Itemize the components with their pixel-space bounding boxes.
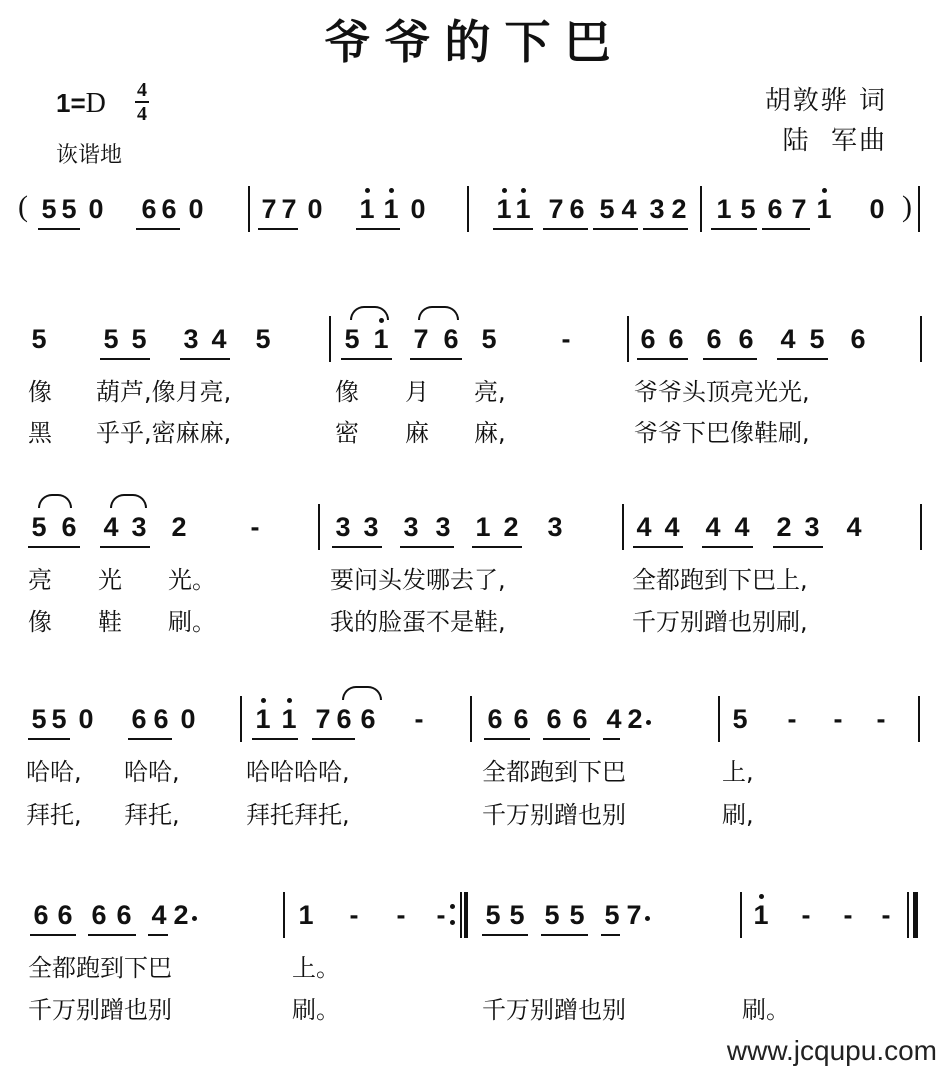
note: 5 bbox=[38, 192, 60, 226]
key-equals: = bbox=[70, 88, 85, 118]
lyric-text: 全都跑到下巴 bbox=[28, 948, 172, 983]
note: 7 bbox=[258, 192, 280, 226]
note: 6 bbox=[88, 898, 110, 932]
beam-underline bbox=[332, 546, 382, 548]
note: 1 bbox=[370, 322, 392, 356]
note: 5 bbox=[566, 898, 588, 932]
key-tonic: D bbox=[86, 88, 106, 119]
final-barline-thick bbox=[913, 892, 918, 938]
barline bbox=[740, 892, 742, 938]
note: 0 bbox=[75, 702, 97, 736]
dash-extension: - bbox=[795, 898, 817, 932]
augmentation-dot bbox=[645, 916, 650, 921]
note: 4 bbox=[843, 510, 865, 544]
note: 6 bbox=[764, 192, 786, 226]
note: 5 bbox=[341, 322, 363, 356]
lyric-text: 哈哈, bbox=[26, 752, 82, 787]
barline bbox=[470, 696, 472, 742]
note: 3 bbox=[360, 510, 382, 544]
note: 5 bbox=[252, 322, 274, 356]
beam-underline bbox=[702, 546, 753, 548]
beam-underline bbox=[472, 546, 522, 548]
note: 6 bbox=[543, 702, 565, 736]
lyric-text: 亮 bbox=[28, 560, 52, 595]
note: 4 bbox=[208, 322, 230, 356]
note: 1 bbox=[252, 702, 274, 736]
beam-underline bbox=[136, 228, 180, 230]
note: 6 bbox=[510, 702, 532, 736]
dash-extension: - bbox=[827, 702, 849, 736]
note: 5 bbox=[506, 898, 528, 932]
lyric-text: 拜托拜托, bbox=[246, 795, 350, 830]
note: 5 bbox=[48, 702, 70, 736]
slur-arc bbox=[110, 494, 147, 508]
dash-extension: - bbox=[430, 898, 452, 932]
note: 6 bbox=[665, 322, 687, 356]
note: 0 bbox=[407, 192, 429, 226]
note: 5 bbox=[737, 192, 759, 226]
lyric-text: 密 bbox=[335, 413, 359, 448]
note: 7 bbox=[278, 192, 300, 226]
note: 5 bbox=[806, 322, 828, 356]
note: 2 bbox=[624, 702, 646, 736]
lyric-text: 千万别蹭也别 bbox=[28, 990, 172, 1025]
augmentation-dot bbox=[646, 720, 651, 725]
lyric-text: 葫芦,像月亮, bbox=[96, 372, 231, 407]
lyric-text: 麻 bbox=[405, 413, 429, 448]
beam-underline bbox=[28, 738, 70, 740]
note: 7 bbox=[410, 322, 432, 356]
barline bbox=[467, 186, 469, 232]
barline bbox=[283, 892, 285, 938]
note: 4 bbox=[777, 322, 799, 356]
note: 1 bbox=[813, 192, 835, 226]
lyric-text: 像 bbox=[28, 602, 52, 637]
note: 5 bbox=[28, 702, 50, 736]
note: 5 bbox=[541, 898, 563, 932]
lyric-text: 亮, bbox=[474, 372, 506, 407]
beam-underline bbox=[603, 738, 620, 740]
note: 2 bbox=[668, 192, 690, 226]
note: 6 bbox=[333, 702, 355, 736]
lyric-text: 我的脸蛋不是鞋, bbox=[330, 602, 506, 637]
note: 2 bbox=[168, 510, 190, 544]
note: 1 bbox=[512, 192, 534, 226]
lyricist-credit: 胡敦骅 词 bbox=[765, 80, 887, 117]
barline bbox=[240, 696, 242, 742]
note: 4 bbox=[731, 510, 753, 544]
note: 5 bbox=[482, 898, 504, 932]
lyric-text: 拜托, bbox=[124, 795, 180, 830]
dash-extension: - bbox=[390, 898, 412, 932]
beam-underline bbox=[493, 228, 533, 230]
note: 3 bbox=[544, 510, 566, 544]
note: 0 bbox=[177, 702, 199, 736]
beam-underline bbox=[633, 546, 683, 548]
time-sig-top: 4 bbox=[137, 79, 147, 101]
beam-underline bbox=[484, 738, 530, 740]
note: 6 bbox=[735, 322, 757, 356]
note: 7 bbox=[545, 192, 567, 226]
paren-open: ( bbox=[18, 190, 28, 224]
paren-close: ) bbox=[902, 190, 912, 224]
note: 6 bbox=[128, 702, 150, 736]
lyric-text: 千万别蹭也别 bbox=[482, 990, 626, 1025]
repeat-barline-thick bbox=[464, 892, 468, 938]
beam-underline bbox=[593, 228, 638, 230]
lyric-text: 鞋 bbox=[98, 602, 122, 637]
beam-underline bbox=[777, 358, 828, 360]
lyric-text: 黑 bbox=[28, 413, 52, 448]
time-signature: 4 4 bbox=[134, 80, 150, 124]
note: 6 bbox=[440, 322, 462, 356]
lyric-text: 光。 bbox=[168, 560, 216, 595]
beam-underline bbox=[543, 738, 590, 740]
note: 2 bbox=[170, 898, 192, 932]
note: 7 bbox=[312, 702, 334, 736]
note: 2 bbox=[773, 510, 795, 544]
dash-extension: - bbox=[870, 702, 892, 736]
tempo-marking: 诙谐地 bbox=[56, 138, 122, 169]
beam-underline bbox=[400, 546, 454, 548]
note: 5 bbox=[596, 192, 618, 226]
note: 5 bbox=[28, 510, 50, 544]
beam-underline bbox=[28, 546, 80, 548]
note: 5 bbox=[601, 898, 623, 932]
note: 6 bbox=[484, 702, 506, 736]
note: 3 bbox=[400, 510, 422, 544]
barline bbox=[918, 186, 920, 232]
lyric-text: 要问头发哪去了, bbox=[330, 560, 506, 595]
note: 6 bbox=[54, 898, 76, 932]
note: 4 bbox=[618, 192, 640, 226]
lyric-text: 月 bbox=[405, 372, 429, 407]
note: 1 bbox=[472, 510, 494, 544]
composer-credit: 陆 军曲 bbox=[782, 120, 887, 157]
beam-underline bbox=[100, 546, 150, 548]
lyric-text: 哈哈哈哈, bbox=[246, 752, 350, 787]
beam-underline bbox=[180, 358, 230, 360]
slur-arc bbox=[350, 306, 389, 320]
beam-underline bbox=[312, 738, 355, 740]
beam-underline bbox=[711, 228, 757, 230]
lyric-text: 刷。 bbox=[292, 990, 340, 1025]
slur-arc bbox=[418, 306, 459, 320]
lyric-text: 乎乎,密麻麻, bbox=[96, 413, 231, 448]
beam-underline bbox=[482, 934, 528, 936]
lyric-text: 像 bbox=[28, 372, 52, 407]
lyric-text: 哈哈, bbox=[124, 752, 180, 787]
barline bbox=[918, 696, 920, 742]
note: 1 bbox=[713, 192, 735, 226]
note: 0 bbox=[185, 192, 207, 226]
lyric-text: 光 bbox=[98, 560, 122, 595]
note: 5 bbox=[58, 192, 80, 226]
note: 4 bbox=[661, 510, 683, 544]
note: 6 bbox=[847, 322, 869, 356]
slur-arc bbox=[38, 494, 72, 508]
beam-underline bbox=[773, 546, 823, 548]
beam-underline bbox=[341, 358, 392, 360]
note: 6 bbox=[58, 510, 80, 544]
lyric-text: 爷爷下巴像鞋刷, bbox=[634, 413, 810, 448]
beam-underline bbox=[601, 934, 620, 936]
final-barline-thin bbox=[907, 892, 909, 938]
note: 5 bbox=[28, 322, 50, 356]
lyric-text: 千万别蹭也别刷, bbox=[632, 602, 808, 637]
note: 0 bbox=[866, 192, 888, 226]
beam-underline bbox=[30, 934, 76, 936]
lyric-text: 全都跑到下巴上, bbox=[632, 560, 808, 595]
note: 7 bbox=[788, 192, 810, 226]
barline bbox=[622, 504, 624, 550]
note: 5 bbox=[729, 702, 751, 736]
note: 1 bbox=[750, 898, 772, 932]
dash-extension: - bbox=[343, 898, 365, 932]
note: 7 bbox=[623, 898, 645, 932]
note: 3 bbox=[128, 510, 150, 544]
note: 6 bbox=[150, 702, 172, 736]
note: 4 bbox=[100, 510, 122, 544]
lyric-text: 爷爷头顶亮光光, bbox=[634, 372, 810, 407]
key-tonic-degree: 1 bbox=[56, 88, 70, 118]
song-title: 爷爷的下巴 bbox=[0, 6, 949, 72]
note: 1 bbox=[356, 192, 378, 226]
lyric-text: 刷, bbox=[722, 795, 754, 830]
note: 6 bbox=[566, 192, 588, 226]
note: 4 bbox=[702, 510, 724, 544]
note: 6 bbox=[138, 192, 160, 226]
beam-underline bbox=[703, 358, 757, 360]
dash-extension: - bbox=[555, 322, 577, 356]
note: 0 bbox=[304, 192, 326, 226]
note: 6 bbox=[113, 898, 135, 932]
lyric-text: 刷。 bbox=[742, 990, 790, 1025]
note: 3 bbox=[180, 322, 202, 356]
lyric-text: 麻, bbox=[474, 413, 506, 448]
beam-underline bbox=[252, 738, 298, 740]
barline bbox=[248, 186, 250, 232]
lyric-text: 全都跑到下巴 bbox=[482, 752, 626, 787]
note: 5 bbox=[100, 322, 122, 356]
note: 5 bbox=[128, 322, 150, 356]
note: 1 bbox=[295, 898, 317, 932]
barline bbox=[318, 504, 320, 550]
beam-underline bbox=[148, 934, 168, 936]
dash-extension: - bbox=[875, 898, 897, 932]
augmentation-dot bbox=[192, 916, 197, 921]
key-signature: 1=D bbox=[56, 88, 106, 120]
note: 6 bbox=[30, 898, 52, 932]
note: 6 bbox=[637, 322, 659, 356]
lyric-text: 千万别蹭也别 bbox=[482, 795, 626, 830]
note: 2 bbox=[500, 510, 522, 544]
beam-underline bbox=[38, 228, 80, 230]
note: 1 bbox=[380, 192, 402, 226]
note: 0 bbox=[85, 192, 107, 226]
note: 3 bbox=[801, 510, 823, 544]
note: 3 bbox=[432, 510, 454, 544]
repeat-barline-thin bbox=[460, 892, 462, 938]
note: 5 bbox=[478, 322, 500, 356]
repeat-dot bbox=[450, 920, 455, 925]
beam-underline bbox=[258, 228, 298, 230]
barline bbox=[700, 186, 702, 232]
note: 3 bbox=[646, 192, 668, 226]
beam-underline bbox=[100, 358, 150, 360]
lyric-text: 像 bbox=[335, 372, 359, 407]
dash-extension: - bbox=[244, 510, 266, 544]
beam-underline bbox=[643, 228, 688, 230]
beam-underline bbox=[410, 358, 462, 360]
note: 4 bbox=[603, 702, 625, 736]
note: 3 bbox=[332, 510, 354, 544]
time-sig-bottom: 4 bbox=[137, 103, 147, 125]
barline bbox=[920, 504, 922, 550]
lyric-text: 拜托, bbox=[26, 795, 82, 830]
beam-underline bbox=[543, 228, 588, 230]
lyric-text: 上, bbox=[722, 752, 754, 787]
slur-arc bbox=[342, 686, 382, 700]
note: 6 bbox=[703, 322, 725, 356]
note: 1 bbox=[278, 702, 300, 736]
note: 4 bbox=[148, 898, 170, 932]
note: 6 bbox=[569, 702, 591, 736]
barline bbox=[718, 696, 720, 742]
dash-extension: - bbox=[408, 702, 430, 736]
beam-underline bbox=[762, 228, 810, 230]
beam-underline bbox=[356, 228, 400, 230]
dash-extension: - bbox=[781, 702, 803, 736]
beam-underline bbox=[637, 358, 688, 360]
dash-extension: - bbox=[837, 898, 859, 932]
barline bbox=[627, 316, 629, 362]
repeat-dot bbox=[450, 904, 455, 909]
barline bbox=[920, 316, 922, 362]
note: 6 bbox=[357, 702, 379, 736]
barline bbox=[329, 316, 331, 362]
note: 6 bbox=[158, 192, 180, 226]
beam-underline bbox=[541, 934, 588, 936]
lyric-text: 刷。 bbox=[168, 602, 216, 637]
lyric-text: 上。 bbox=[292, 948, 340, 983]
beam-underline bbox=[128, 738, 172, 740]
note: 4 bbox=[633, 510, 655, 544]
watermark: www.jcqupu.com bbox=[727, 1035, 937, 1067]
beam-underline bbox=[88, 934, 136, 936]
